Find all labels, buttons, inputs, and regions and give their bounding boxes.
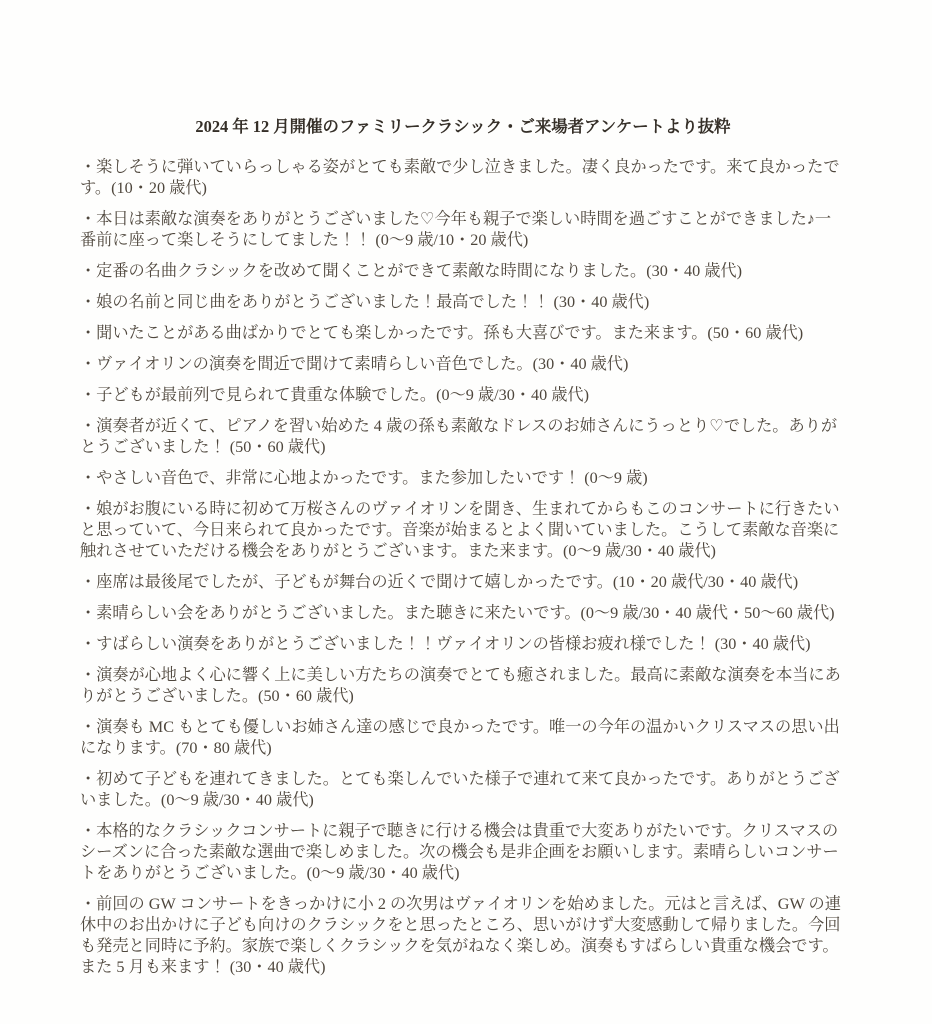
survey-entry: ・娘の名前と同じ曲をありがとうございました！最高でした！！ (30・40 歳代) — [80, 292, 846, 313]
document-page: 2024 年 12 月開催のファミリークラシック・ご来場者アンケートより抜粋 ・… — [0, 0, 932, 1024]
survey-entry: ・楽しそうに弾いていらっしゃる姿がとても素敵で少し泣きました。凄く良かったです。… — [80, 157, 846, 199]
survey-entry: ・すばらしい演奏をありがとうございました！！ヴァイオリンの皆様お疲れ様でした！ … — [80, 634, 846, 655]
survey-entry: ・前回の GW コンサートをきっかけに小 2 の次男はヴァイオリンを始めました。… — [80, 894, 846, 978]
survey-entry: ・聞いたことがある曲ばかりでとても楽しかったです。孫も大喜びです。また来ます。(… — [80, 323, 846, 344]
survey-entry: ・本日は素敵な演奏をありがとうございました♡今年も親子で楽しい時間を過ごすことが… — [80, 209, 846, 251]
survey-entry: ・子どもが最前列で見られて貴重な体験でした。(0〜9 歳/30・40 歳代) — [80, 385, 846, 406]
survey-entry: ・素晴らしい会をありがとうございました。また聴きに来たいです。(0〜9 歳/30… — [80, 603, 846, 624]
survey-entry: ・座席は最後尾でしたが、子どもが舞台の近くで聞けて嬉しかったです。(10・20 … — [80, 572, 846, 593]
survey-entry: ・演奏も MC もとても優しいお姉さん達の感じで良かったです。唯一の今年の温かい… — [80, 717, 846, 759]
document-title: 2024 年 12 月開催のファミリークラシック・ご来場者アンケートより抜粋 — [80, 116, 846, 137]
survey-entry: ・娘がお腹にいる時に初めて万桜さんのヴァイオリンを聞き、生まれてからもこのコンサ… — [80, 499, 846, 562]
survey-entry: ・ヴァイオリンの演奏を間近で聞けて素晴らしい音色でした。(30・40 歳代) — [80, 354, 846, 375]
survey-entry: ・初めて子どもを連れてきました。とても楽しんでいた様子で連れて来て良かったです。… — [80, 769, 846, 811]
survey-entry: ・やさしい音色で、非常に心地よかったです。また参加したいです！ (0〜9 歳) — [80, 468, 846, 489]
survey-entry: ・本格的なクラシックコンサートに親子で聴きに行ける機会は貴重で大変ありがたいです… — [80, 821, 846, 884]
survey-entry: ・演奏者が近くて、ピアノを習い始めた 4 歳の孫も素敵なドレスのお姉さんにうっと… — [80, 416, 846, 458]
survey-entry: ・定番の名曲クラシックを改めて聞くことができて素敵な時間になりました。(30・4… — [80, 261, 846, 282]
survey-entries: ・楽しそうに弾いていらっしゃる姿がとても素敵で少し泣きました。凄く良かったです。… — [80, 157, 846, 978]
survey-entry: ・演奏が心地よく心に響く上に美しい方たちの演奏でとても癒されました。最高に素敵な… — [80, 665, 846, 707]
